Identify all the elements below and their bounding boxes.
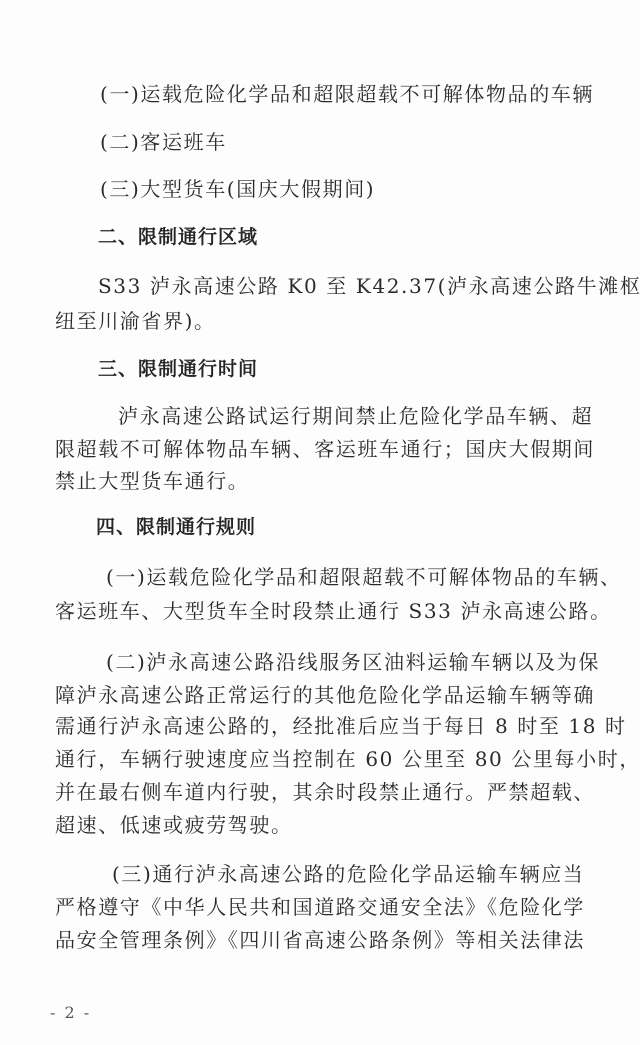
time-paragraph-line: 限超载不可解体物品车辆、客运班车通行；国庆大假期间 [55, 435, 595, 463]
rule-2-paragraph-line: (二)泸永高速公路沿线服务区油料运输车辆以及为保 [106, 648, 600, 676]
area-paragraph-line: 纽至川渝省界)。 [55, 307, 216, 335]
vehicle-item-hazardous: (一)运载危险化学品和超限超载不可解体物品的车辆 [100, 80, 594, 108]
rule-3-paragraph-line: (三)通行泸永高速公路的危险化学品运输车辆应当 [112, 860, 584, 888]
time-paragraph-line: 泸永高速公路试运行期间禁止危险化学品车辆、超 [118, 402, 593, 430]
vehicle-item-large-truck: (三)大型货车(国庆大假期间) [100, 175, 375, 203]
vehicle-item-passenger-bus: (二)客运班车 [100, 128, 227, 156]
page-number: - 2 - [50, 1003, 91, 1023]
rule-2-paragraph-line: 需通行泸永高速公路的，经批准后应当于每日 8 时至 18 时 [55, 712, 627, 740]
area-paragraph-line: S33 泸永高速公路 K0 至 K42.37(泸永高速公路牛滩枢 [98, 272, 640, 300]
rule-2-paragraph-line: 障泸永高速公路正常运行的其他危险化学品运输车辆等确 [55, 681, 595, 709]
rule-1-paragraph-line: (一)运载危险化学品和超限超载不可解体物品的车辆、 [106, 563, 622, 591]
rule-3-paragraph-line: 严格遵守《中华人民共和国道路交通安全法》《危险化学 [55, 893, 585, 921]
rule-3-paragraph-line: 品安全管理条例》《四川省高速公路条例》等相关法律法 [55, 926, 585, 954]
rule-2-paragraph-line: 通行，车辆行驶速度应当控制在 60 公里至 80 公里每小时， [55, 745, 640, 773]
section-heading-restricted-area: 二、限制通行区域 [98, 223, 258, 251]
section-heading-restricted-time: 三、限制通行时间 [98, 355, 258, 383]
section-heading-restriction-rules: 四、限制通行规则 [96, 513, 256, 541]
rule-2-paragraph-line: 超速、低速或疲劳驾驶。 [55, 811, 293, 839]
time-paragraph-line: 禁止大型货车通行。 [55, 467, 249, 495]
rule-2-paragraph-line: 并在最右侧车道内行驶，其余时段禁止通行。严禁超载、 [55, 778, 595, 806]
rule-1-paragraph-line: 客运班车、大型货车全时段禁止通行 S33 泸永高速公路。 [55, 597, 612, 625]
